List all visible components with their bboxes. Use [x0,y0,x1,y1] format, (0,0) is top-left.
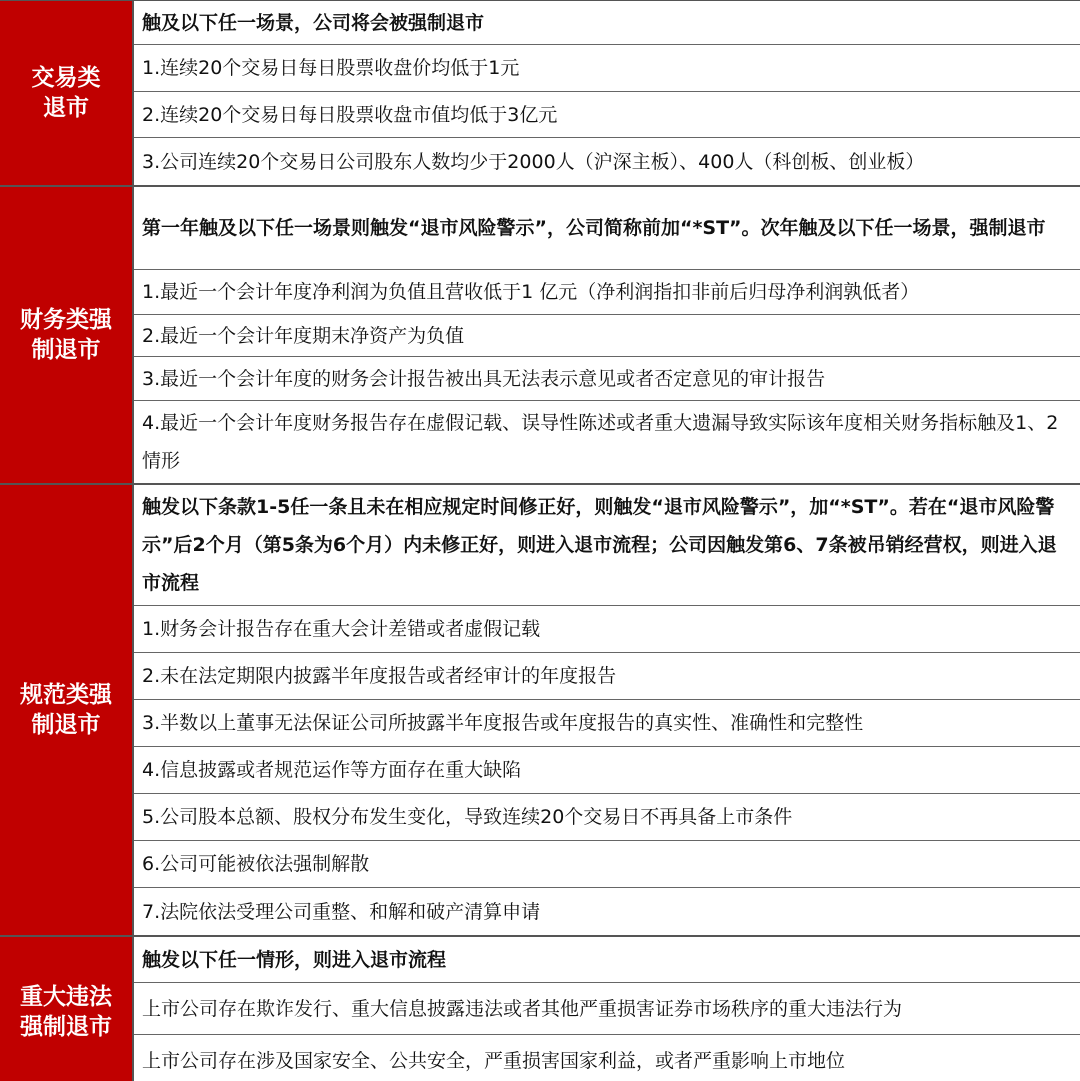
group-header: 触发以下条款1-5任一条且未在相应规定时间修正好，则触发“退市风险警示”，加“*… [134,485,1080,606]
rule-item: 4.信息披露或者规范运作等方面存在重大缺陷 [134,747,1080,794]
rule-item: 4.最近一个会计年度财务报告存在虚假记载、误导性陈述或者重大遗漏导致实际该年度相… [134,401,1080,483]
rule-item: 3.半数以上董事无法保证公司所披露半年度报告或年度报告的真实性、准确性和完整性 [134,700,1080,747]
rule-item: 6.公司可能被依法强制解散 [134,841,1080,888]
rule-item: 上市公司存在涉及国家安全、公共安全，严重损害国家利益，或者严重影响上市地位 [134,1035,1080,1081]
rule-item: 2.未在法定期限内披露半年度报告或者经审计的年度报告 [134,653,1080,700]
rule-item: 1.财务会计报告存在重大会计差错或者虚假记载 [134,606,1080,653]
rule-item: 上市公司存在欺诈发行、重大信息披露违法或者其他严重损害证券市场秩序的重大违法行为 [134,983,1080,1035]
rule-item: 3.最近一个会计年度的财务会计报告被出具无法表示意见或者否定意见的审计报告 [134,357,1080,401]
category-label: 财务类强制退市 [0,187,134,483]
rule-item: 2.最近一个会计年度期末净资产为负值 [134,315,1080,357]
rule-item: 2.连续20个交易日每日股票收盘市值均低于3亿元 [134,92,1080,138]
category-label: 交易类退市 [0,1,134,185]
rule-item: 1.最近一个会计年度净利润为负值且营收低于1 亿元（净利润指扣非前后归母净利润孰… [134,270,1080,315]
group-header: 第一年触及以下任一场景则触发“退市风险警示”，公司简称前加“*ST”。次年触及以… [134,187,1080,270]
category-label: 重大违法强制退市 [0,937,134,1081]
rule-item: 7.法院依法受理公司重整、和解和破产清算申请 [134,888,1080,935]
rule-item: 3.公司连续20个交易日公司股东人数均少于2000人（沪深主板）、400人（科创… [134,138,1080,185]
rule-item: 5.公司股本总额、股权分布发生变化，导致连续20个交易日不再具备上市条件 [134,794,1080,841]
group-header: 触及以下任一场景，公司将会被强制退市 [134,1,1080,45]
group-trading: 交易类退市 触及以下任一场景，公司将会被强制退市 1.连续20个交易日每日股票收… [0,1,1080,187]
delisting-rules-table: 交易类退市 触及以下任一场景，公司将会被强制退市 1.连续20个交易日每日股票收… [0,0,1080,1081]
group-major-violation: 重大违法强制退市 触发以下任一情形，则进入退市流程 上市公司存在欺诈发行、重大信… [0,937,1080,1081]
group-compliance: 规范类强制退市 触发以下条款1-5任一条且未在相应规定时间修正好，则触发“退市风… [0,485,1080,937]
group-financial: 财务类强制退市 第一年触及以下任一场景则触发“退市风险警示”，公司简称前加“*S… [0,187,1080,485]
rule-item: 1.连续20个交易日每日股票收盘价均低于1元 [134,45,1080,92]
category-label: 规范类强制退市 [0,485,134,935]
group-header: 触发以下任一情形，则进入退市流程 [134,937,1080,983]
